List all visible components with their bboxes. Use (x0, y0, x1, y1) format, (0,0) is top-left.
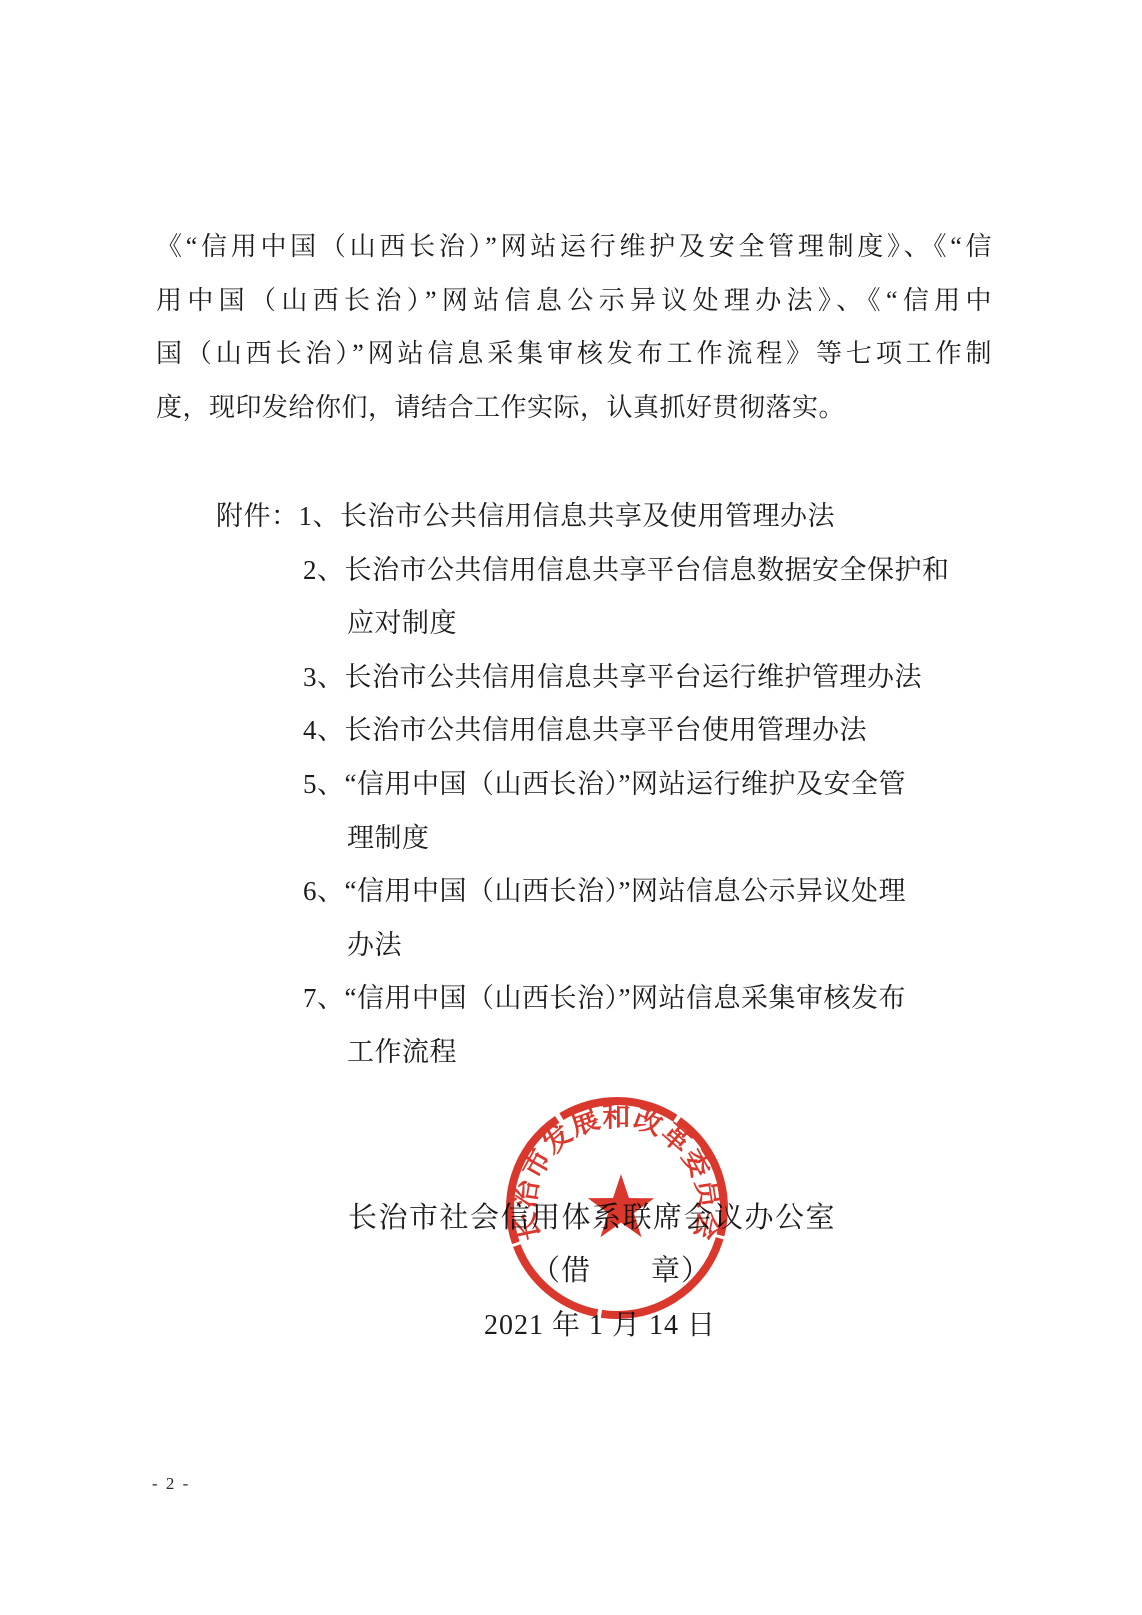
paragraph-line: 国（山西长治）”网站信息采集审核发布工作流程》等七项工作制 (156, 327, 992, 381)
attachment-item: 6、“信用中国（山西长治）”网站信息公示异议处理 (303, 865, 1080, 919)
attachments-label-line: 附件：1、长治市公共信用信息共享及使用管理办法 (216, 490, 1080, 544)
attachment-item: 3、长治市公共信用信息共享平台运行维护管理办法 (303, 651, 1080, 705)
paragraph-line: 度，现印发给你们，请结合工作实际，认真抓好贯彻落实。 (156, 381, 992, 435)
attachment-item: 7、“信用中国（山西长治）”网站信息采集审核发布 (303, 972, 1080, 1026)
attachment-item-continuation: 应对制度 (347, 597, 1080, 651)
document-page: 《“信用中国（山西长治）”网站运行维护及安全管理制度》、《“信 用中国（山西长治… (0, 0, 1142, 1615)
attachment-item-continuation: 理制度 (347, 812, 1080, 866)
attachment-item: 4、长治市公共信用信息共享平台使用管理办法 (303, 704, 1080, 758)
attachment-item-continuation: 工作流程 (347, 1026, 1080, 1080)
page-number: - 2 - (152, 1474, 190, 1494)
paragraph-line: 用中国（山西长治）”网站信息公示异议处理办法》、《“信用中 (156, 274, 992, 328)
attachment-item: 5、“信用中国（山西长治）”网站运行维护及安全管 (303, 758, 1080, 812)
official-seal: 长治市发展和改革委员会 (495, 1085, 743, 1333)
attachment-item-continuation: 办法 (347, 919, 1080, 973)
body-paragraph: 《“信用中国（山西长治）”网站运行维护及安全管理制度》、《“信 用中国（山西长治… (156, 220, 992, 434)
attachments-list: 附件：1、长治市公共信用信息共享及使用管理办法 2、长治市公共信用信息共享平台信… (0, 490, 1080, 1080)
paragraph-line: 《“信用中国（山西长治）”网站运行维护及安全管理制度》、《“信 (156, 220, 992, 274)
red-star-icon (588, 1174, 654, 1237)
attachment-item: 2、长治市公共信用信息共享平台信息数据安全保护和 (303, 544, 1080, 598)
